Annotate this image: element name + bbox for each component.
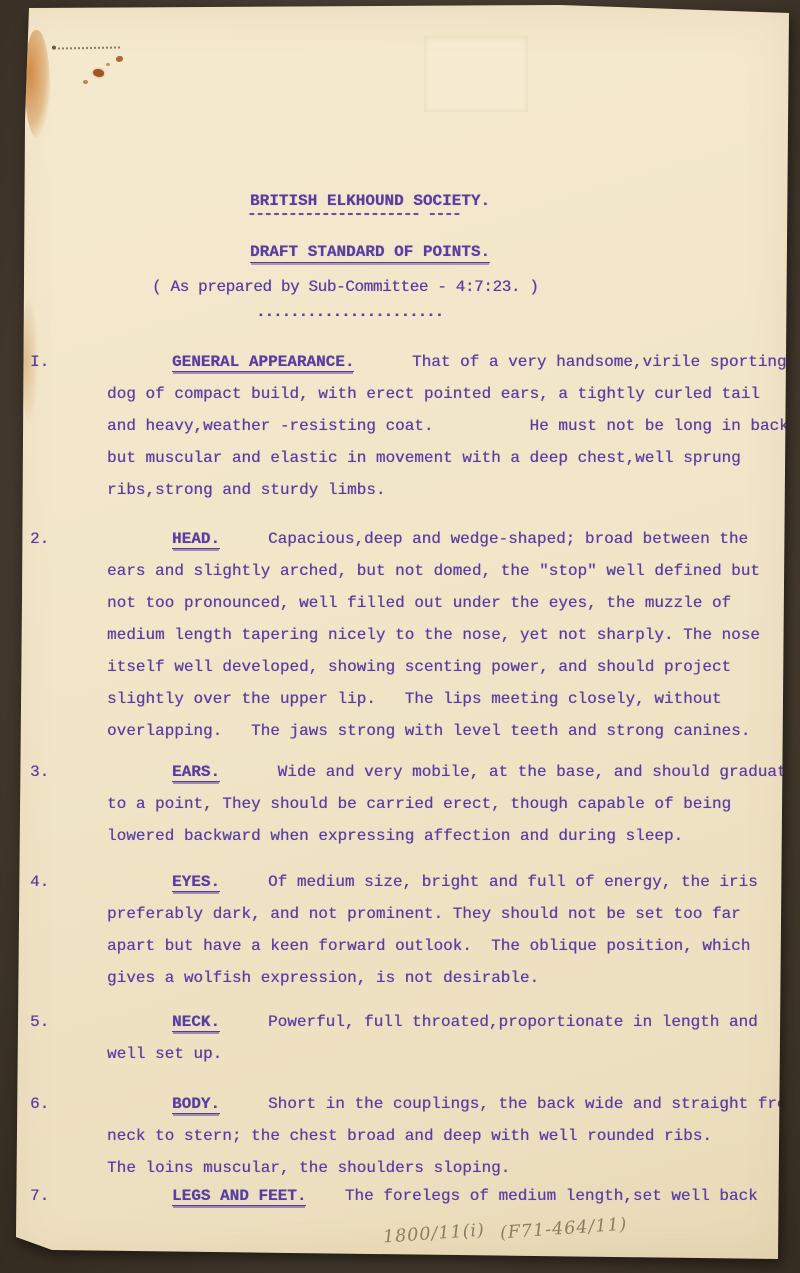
paper-sheet: BRITISH ELKHOUND SOCIETY. --------------… [0,0,800,1273]
document-page-wrapper: BRITISH ELKHOUND SOCIETY. --------------… [0,0,800,1273]
photo-backdrop: { "header": { "society": "BRITISH ELKHOU… [0,0,800,1273]
paper-edge-shading [0,0,800,1273]
